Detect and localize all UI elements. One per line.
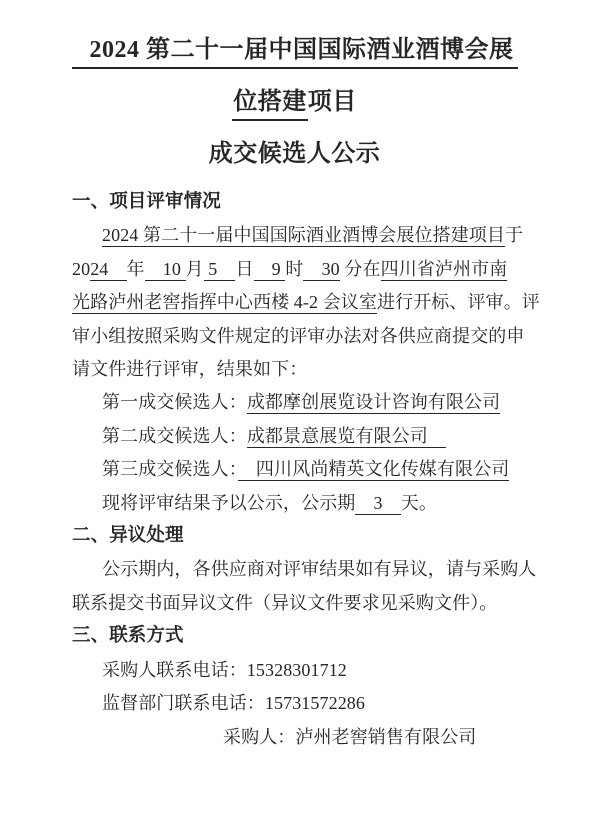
announcement-document-page: 2024 第二十一届中国国际酒业酒博会展 位搭建项目 成交候选人公示 一、项目评…	[0, 0, 589, 817]
year-blank: 24	[90, 259, 126, 281]
buyer-signature-line: 采购人：泸州老窖销售有限公司	[72, 721, 531, 754]
candidate-row-2: 第二成交候选人：成都景意展览有限公司	[72, 420, 531, 453]
document-body: 一、项目评审情况 2024 第二十一届中国国际酒业酒博会展位搭建项目于 2024…	[0, 186, 589, 754]
candidate-row-3: 第三成交候选人： 四川风尚精英文化传媒有限公司	[72, 453, 531, 486]
objection-line-2: 联系提交书面异议文件（异议文件要求见采购文件）。	[72, 587, 531, 620]
year-prefix: 20	[72, 259, 90, 279]
title-line-3-text: 成交候选人公示	[209, 141, 381, 167]
hour-label: 时	[285, 259, 303, 279]
project-name-underlined: 2024 第二十一届中国国际酒业酒博会展位搭建项目	[102, 225, 505, 247]
location-underlined: 四川省泸州市南	[381, 259, 508, 281]
candidate-3-label: 第三成交候选人：	[102, 459, 238, 479]
buyer-phone-line: 采购人联系电话：15328301712	[72, 654, 531, 687]
review-result-line: 请文件进行评审，结果如下：	[72, 353, 531, 386]
title-line-3: 成交候选人公示	[0, 128, 589, 180]
section-2-heading: 二、异议处理	[72, 520, 531, 553]
candidate-row-1: 第一成交候选人：成都摩创展览设计咨询有限公司	[72, 386, 531, 419]
objection-line-1: 公示期内，各供应商对评审结果如有异议，请与采购人	[72, 553, 531, 586]
candidate-1-name: 成都摩创展览设计咨询有限公司	[247, 392, 500, 414]
title-line-2: 位搭建项目	[0, 76, 589, 128]
candidate-2-name: 成都景意展览有限公司	[247, 426, 446, 448]
section-3-heading: 三、联系方式	[72, 620, 531, 653]
title-line-1: 2024 第二十一届中国国际酒业酒博会展	[0, 24, 589, 76]
candidate-3-name: 四川风尚精英文化传媒有限公司	[238, 459, 510, 481]
review-method-line: 审小组按照采购文件规定的评审办法对各供应商提交的申	[72, 320, 531, 353]
venue-line: 光路泸州老窖指挥中心西楼 4-2 会议室进行开标、评审。评	[72, 286, 531, 319]
date-line: 2024 年 10 月 5 日 9 时 30 分在四川省泸州市南	[72, 253, 531, 286]
publicity-line: 现将评审结果予以公示，公示期 3 天。	[72, 487, 531, 520]
section-1-heading: 一、项目评审情况	[72, 186, 531, 219]
month-label: 月	[186, 259, 204, 279]
location-connector: 分在	[340, 259, 381, 279]
candidate-1-label: 第一成交候选人：	[102, 392, 247, 412]
hour-blank: 9	[254, 259, 286, 281]
project-intro-rest: 于	[505, 225, 523, 245]
candidate-2-label: 第二成交候选人：	[102, 426, 247, 446]
supervisor-phone-line: 监督部门联系电话：15731572286	[72, 687, 531, 720]
publicity-post: 天。	[401, 493, 437, 513]
title-line-1-underlined-text: 2024 第二十一届中国国际酒业酒博会展	[72, 35, 518, 69]
day-label: 日	[235, 259, 253, 279]
title-line-2-underlined-text: 位搭建	[232, 87, 308, 121]
venue-rest: 进行开标、评审。评	[377, 292, 540, 312]
day-blank: 5	[204, 259, 236, 281]
title-line-2-rest-text: 项目	[308, 89, 357, 115]
document-title: 2024 第二十一届中国国际酒业酒博会展 位搭建项目 成交候选人公示	[0, 0, 589, 180]
project-intro-line: 2024 第二十一届中国国际酒业酒博会展位搭建项目于	[72, 219, 531, 252]
publicity-pre: 现将评审结果予以公示，公示期	[102, 493, 355, 513]
month-blank: 10	[145, 259, 186, 281]
minute-blank: 30	[303, 259, 339, 281]
publicity-days-blank: 3	[355, 493, 400, 515]
venue-underlined: 光路泸州老窖指挥中心西楼 4-2 会议室	[72, 292, 377, 314]
year-label: 年	[127, 259, 145, 279]
